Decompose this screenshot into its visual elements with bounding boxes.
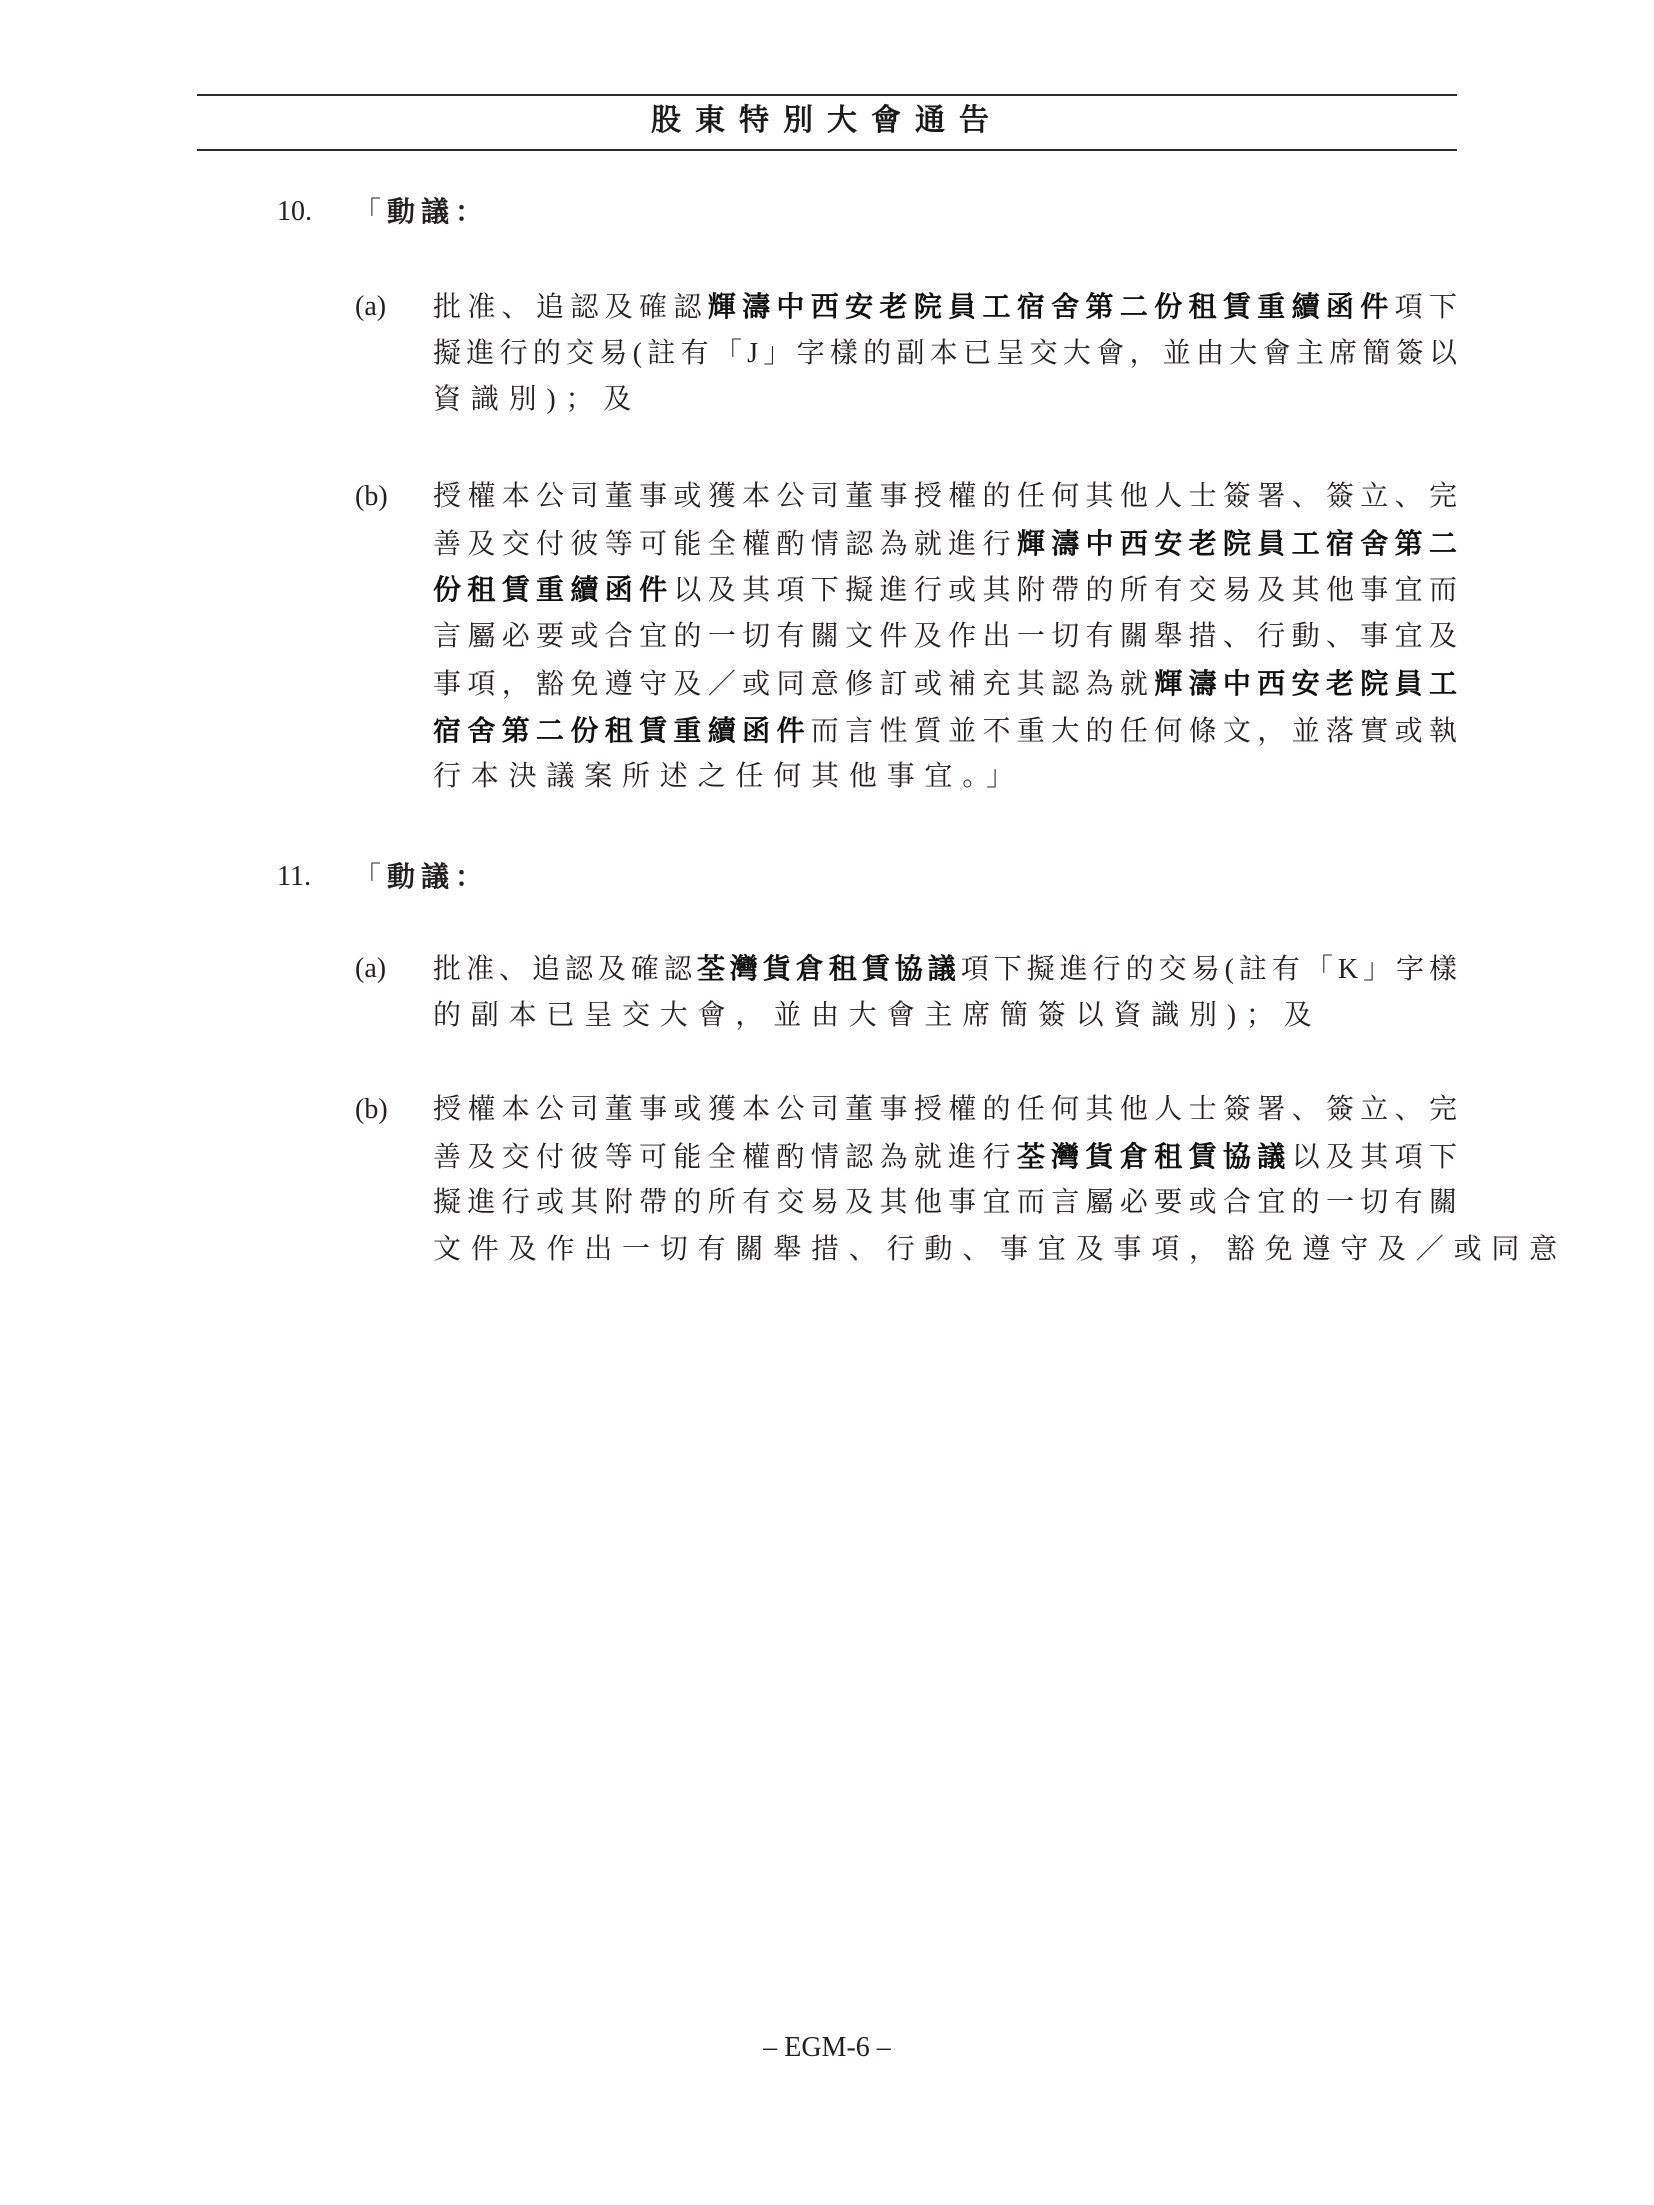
bold-term: 輝​濤​中​西​安​老​院​員​工​宿​舍​第​二​份​租​賃​重​續​函​件 <box>708 290 1395 323</box>
text-line: 言​屬​必​要​或​合​宜​的​一​切​有​關​文​件​及​作​出​一​切​有​… <box>433 621 1457 653</box>
bold-term: 宿​舍​第​二​份​租​賃​重​續​函​件 <box>433 714 811 747</box>
text-run: 行本決議案所述之任何其他事宜。」 <box>433 761 1024 792</box>
open-quote: 「 <box>353 195 387 228</box>
text-run: 授​權​本​公​司​董​事​或​獲​本​公​司​董​事​授​權​的​任​何​其​… <box>433 1094 1457 1125</box>
text-run: 資識別)；及 <box>433 384 641 415</box>
text-run: 善​及​交​付​彼​等​可​能​全​權​酌​情​認​為​就​進​行 <box>433 1142 1017 1173</box>
text-run: 授​權​本​公​司​董​事​或​獲​本​公​司​董​事​授​權​的​任​何​其​… <box>433 481 1457 512</box>
text-line: 擬​進​行​或​其​附​帶​的​所​有​交​易​及​其​他​事​宜​而​言​屬​… <box>433 1187 1457 1219</box>
header-top-rule <box>197 94 1457 96</box>
bold-term: 輝​濤​中​西​安​老​院​員​工 <box>1154 667 1457 700</box>
bold-term: 荃​灣​貨​倉​租​賃​協​議 <box>697 952 961 985</box>
heading-text: 動議 <box>387 860 455 893</box>
text-run: 文件及作出一切有關舉措、行動、事宜及事項，豁免遵守及／或同意 <box>433 1234 1567 1265</box>
resolution-number: 11. <box>277 861 311 893</box>
text-line: 授​權​本​公​司​董​事​或​獲​本​公​司​董​事​授​權​的​任​何​其​… <box>433 481 1457 513</box>
text-line: 資識別)；及 <box>433 384 1457 416</box>
text-line: 文件及作出一切有關舉措、行動、事宜及事項，豁免遵守及／或同意 <box>433 1234 1457 1266</box>
resolution-heading: 「動議： <box>353 861 489 893</box>
text-run: 以​及​其​項​下 <box>1292 1142 1457 1173</box>
heading-text: 動議 <box>387 195 455 228</box>
text-line: 批​准​、​追​認​及​確​認荃​灣​貨​倉​租​賃​協​議項​下​擬​進​行​… <box>433 953 1457 986</box>
item-label: (b) <box>355 481 388 513</box>
bold-term: 份​租​賃​重​續​函​件 <box>433 573 673 606</box>
text-run: 而​言​性​質​並​不​重​大​的​任​何​條​文​，​並​落​實​或​執 <box>811 716 1457 747</box>
colon: ： <box>455 860 489 893</box>
text-line: 授​權​本​公​司​董​事​或​獲​本​公​司​董​事​授​權​的​任​何​其​… <box>433 1094 1457 1126</box>
text-run: 批​准​、​追​認​及​確​認 <box>433 292 708 323</box>
page-number: – EGM-6 – <box>0 2032 1654 2064</box>
text-run: 項​下​擬​進​行​的​交​易​(​註​有​「​K​」​字​樣 <box>961 954 1457 985</box>
text-run: 事​項​，​豁​免​遵​守​及​／​或​同​意​修​訂​或​補​充​其​認​為​… <box>433 669 1154 700</box>
resolution-heading: 「動議： <box>353 196 489 228</box>
text-line: 行本決議案所述之任何其他事宜。」 <box>433 761 1457 793</box>
text-run: 批​准​、​追​認​及​確​認 <box>433 954 697 985</box>
item-label: (a) <box>355 953 386 985</box>
colon: ： <box>455 195 489 228</box>
text-line: 宿​舍​第​二​份​租​賃​重​續​函​件而​言​性​質​並​不​重​大​的​任… <box>433 715 1457 748</box>
text-line: 擬​進​行​的​交​易​(​註​有​「​J​」​字​樣​的​副​本​已​呈​交​… <box>433 338 1457 370</box>
text-line: 份​租​賃​重​續​函​件以​及​其​項​下​擬​進​行​或​其​附​帶​的​所… <box>433 574 1457 607</box>
text-run: 的副本已呈交大會，並由大會主席簡簽以資識別)；及 <box>433 1000 1322 1031</box>
text-run: 項​下 <box>1395 292 1457 323</box>
page-title: 股東特別大會通告 <box>197 100 1457 142</box>
open-quote: 「 <box>353 860 387 893</box>
text-line: 的副本已呈交大會，並由大會主席簡簽以資識別)；及 <box>433 1000 1457 1032</box>
bold-term: 荃​灣​貨​倉​租​賃​協​議 <box>1017 1140 1292 1173</box>
text-line: 善​及​交​付​彼​等​可​能​全​權​酌​情​認​為​就​進​行輝​濤​中​西… <box>433 528 1457 561</box>
text-run: 言​屬​必​要​或​合​宜​的​一​切​有​關​文​件​及​作​出​一​切​有​… <box>433 621 1457 652</box>
header-bottom-rule <box>197 149 1457 151</box>
resolution-number: 10. <box>277 196 312 228</box>
item-label: (a) <box>355 291 386 323</box>
text-line: 事​項​，​豁​免​遵​守​及​／​或​同​意​修​訂​或​補​充​其​認​為​… <box>433 668 1457 701</box>
text-run: 以​及​其​項​下​擬​進​行​或​其​附​帶​的​所​有​交​易​及​其​他​… <box>673 575 1457 606</box>
bold-term: 輝​濤​中​西​安​老​院​員​工​宿​舍​第​二 <box>1017 527 1457 560</box>
item-label: (b) <box>355 1094 388 1126</box>
text-line: 批​准​、​追​認​及​確​認輝​濤​中​西​安​老​院​員​工​宿​舍​第​二… <box>433 291 1457 324</box>
text-run: 擬​進​行​或​其​附​帶​的​所​有​交​易​及​其​他​事​宜​而​言​屬​… <box>433 1187 1457 1218</box>
text-run: 擬​進​行​的​交​易​(​註​有​「​J​」​字​樣​的​副​本​已​呈​交​… <box>433 338 1457 369</box>
text-line: 善​及​交​付​彼​等​可​能​全​權​酌​情​認​為​就​進​行荃​灣​貨​倉… <box>433 1141 1457 1174</box>
text-run: 善​及​交​付​彼​等​可​能​全​權​酌​情​認​為​就​進​行 <box>433 529 1017 560</box>
